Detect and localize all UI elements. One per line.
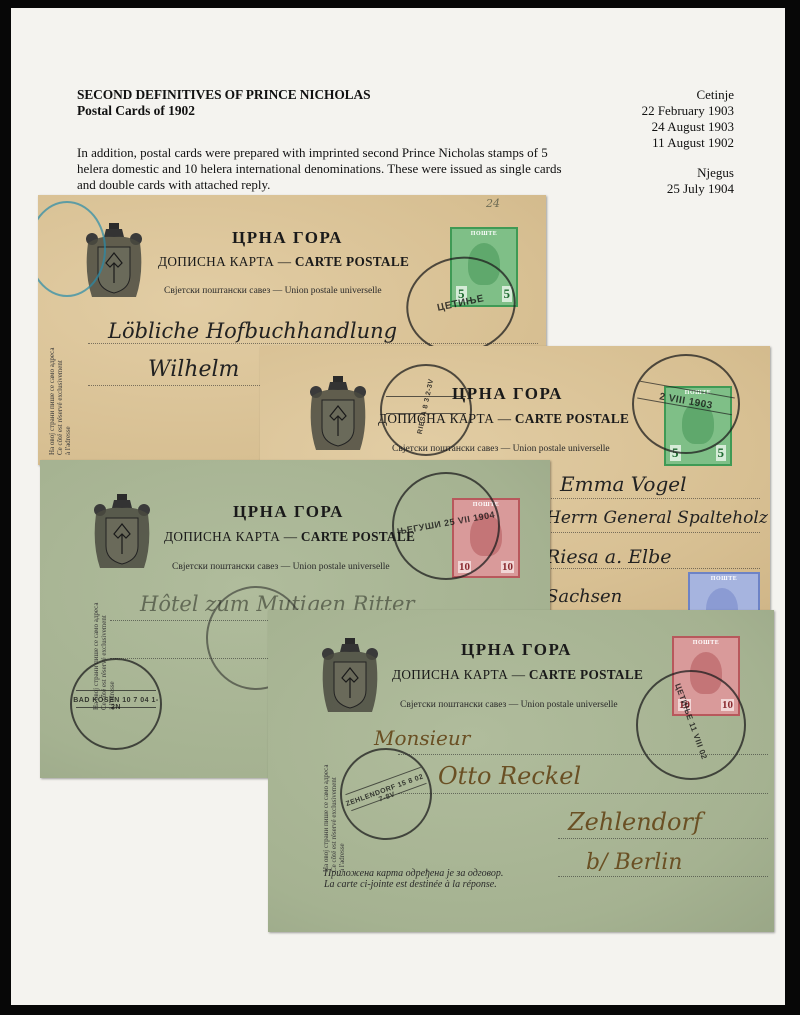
postmark-cetinje-2: 2 VIII 1903 — [632, 354, 740, 454]
card-union-line: Свјетски поштански савез — Union postale… — [172, 562, 390, 572]
address-line-3: Riesa a. Elbe — [546, 546, 672, 568]
postmark-bad-koesen: BAD KÖSEN 10 7 04 1-2N — [70, 658, 162, 750]
page-subtitle: Postal Cards of 1902 — [77, 103, 370, 119]
address-line-2: Wilhelm — [148, 357, 239, 382]
reply-note: Приложена карта одређена је за одговор. … — [324, 868, 503, 890]
title-block: SECOND DEFINITIVES OF PRINCE NICHOLAS Po… — [77, 87, 370, 119]
intro-paragraph: In addition, postal cards were prepared … — [77, 145, 577, 193]
date-3: 11 August 1902 — [642, 135, 734, 151]
card-heading-cyrillic: ЦРНА ГОРА — [461, 640, 572, 660]
coat-of-arms-icon — [306, 376, 370, 454]
date-2: 24 August 1903 — [642, 119, 734, 135]
place-cetinje: Cetinje — [642, 87, 734, 103]
dates-block: Cetinje 22 February 1903 24 August 1903 … — [642, 87, 734, 197]
address-side-note: На овој страни пише се само адреса Ce cô… — [48, 348, 72, 455]
address-line-1: Monsieur — [374, 726, 470, 750]
address-line-4: b/ Berlin — [586, 850, 682, 875]
address-line-3: Zehlendorf — [568, 808, 702, 836]
card-union-line: Свјетски поштански савез — Union postale… — [400, 700, 618, 710]
card-subheading: ДОПИСНА КАРТА — CARTE POSTALE — [158, 255, 409, 271]
card-subheading: ДОПИСНА КАРТА — CARTE POSTALE — [164, 530, 415, 546]
page-title: SECOND DEFINITIVES OF PRINCE NICHOLAS — [77, 87, 370, 103]
address-line-1: Löbliche Hofbuchhandlung — [108, 319, 397, 343]
date-1: 22 February 1903 — [642, 103, 734, 119]
place-njegus: Njegus — [642, 165, 734, 181]
coat-of-arms-icon — [90, 494, 154, 572]
postal-card-4: ЦРНА ГОРА ДОПИСНА КАРТА — CARTE POSTALE … — [268, 610, 774, 932]
card-heading-cyrillic: ЦРНА ГОРА — [233, 502, 344, 522]
card-subheading: ДОПИСНА КАРТА — CARTE POSTALE — [392, 668, 643, 684]
card-heading-cyrillic: ЦРНА ГОРА — [232, 228, 343, 248]
address-line-1: Emma Vogel — [560, 472, 687, 496]
address-line-4: Sachsen — [546, 586, 622, 607]
card-union-line: Свјетски поштански савез — Union postale… — [164, 286, 382, 296]
prince-nicholas-portrait-icon — [706, 588, 738, 610]
date-4: 25 July 1904 — [642, 181, 734, 197]
adhesive-stamp-blue: ПОШТЕ — [688, 572, 760, 610]
postmark-zehlendorf: ZEHLENDORF 15 8 02 7-8V — [340, 748, 432, 840]
address-line-2: Herrn General Spalteholz — [546, 508, 768, 528]
pencil-note: 24 — [486, 197, 500, 210]
postmark-cetinje-3: ЦЕТИЊЕ 11 VIII 02 — [636, 670, 746, 780]
coat-of-arms-icon — [318, 638, 382, 716]
postmark-riesa: RIESA 8 3 2-3V — [380, 364, 472, 456]
postmark-njegusi: ЊЕГУШИ 25 VII 1904 — [392, 472, 500, 580]
address-line-2: Otto Reckel — [438, 762, 581, 790]
